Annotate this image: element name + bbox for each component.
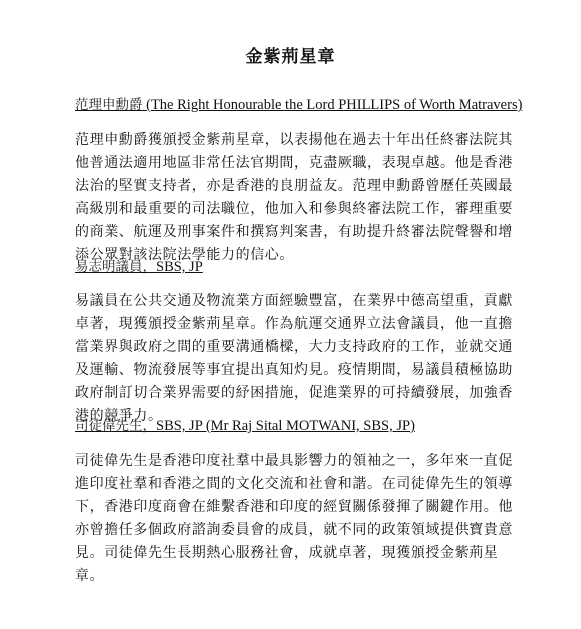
awardee-name-zh: 范理申勳爵: [75, 97, 143, 113]
paragraph-line: 亦曾擔任多個政府諮詢委員會的成員，就不同的政策領域提供寶貴意: [75, 519, 515, 542]
paragraph-line: 范理申勳爵獲頒授金紫荊星章，以表揚他在過去十年出任終審法院其: [75, 129, 515, 152]
paragraph-line: 及運輸、物流發展等事宜提出真知灼見。疫情期間，易議員積極協助: [75, 359, 515, 382]
citation-paragraph-yick: 易議員在公共交通及物流業方面經驗豐富，在業界中德高望重，貢獻 卓著，現獲頒授金紫…: [75, 290, 515, 428]
paragraph-line: 見。司徒偉先生長期熱心服務社會，成就卓著，現獲頒授金紫荊星: [75, 542, 515, 565]
paragraph-line: 高級別和最重要的司法職位，他加入和參與終審法院工作，審理重要: [75, 198, 515, 221]
paragraph-line: 下，香港印度商會在維繫香港和印度的經貿關係發揮了關鍵作用。他: [75, 496, 515, 519]
paragraph-line: 政府制訂切合業界需要的紓困措施，促進業界的可持續發展，加強香: [75, 382, 515, 405]
paragraph-line: 他普通法適用地區非常任法官期間，克盡厥職，表現卓越。他是香港: [75, 152, 515, 175]
awardee-name-zh: 易志明議員，: [75, 259, 156, 275]
awardee-name-en: SBS, JP: [156, 259, 203, 275]
paragraph-line: 的商業、航運及刑事案件和撰寫判案書，有助提升終審法院聲譽和增: [75, 221, 515, 244]
paragraph-line: 卓著，現獲頒授金紫荊星章。作為航運交通界立法會議員，他一直擔: [75, 313, 515, 336]
paragraph-line: 法治的堅實支持者，亦是香港的良朋益友。范理申勳爵曾歷任英國最: [75, 175, 515, 198]
awardee-heading-motwani: 司徒偉先生，SBS, JP (Mr Raj Sital MOTWANI, SBS…: [75, 416, 515, 436]
awardee-name: 易志明議員，SBS, JP: [75, 257, 515, 277]
paragraph-line: 易議員在公共交通及物流業方面經驗豐富，在業界中德高望重，貢獻: [75, 290, 515, 313]
awardee-name: 范理申勳爵 (The Right Honourable the Lord PHI…: [75, 95, 515, 115]
paragraph-line: 章。: [75, 565, 515, 588]
awardee-name-zh: 司徒偉先生，: [75, 418, 156, 434]
awardee-heading-yick: 易志明議員，SBS, JP: [75, 257, 515, 277]
awardee-name: 司徒偉先生，SBS, JP (Mr Raj Sital MOTWANI, SBS…: [75, 416, 515, 436]
document-title: 金紫荊星章: [0, 42, 581, 67]
citation-paragraph-phillips: 范理申勳爵獲頒授金紫荊星章，以表揚他在過去十年出任終審法院其 他普通法適用地區非…: [75, 129, 515, 267]
paragraph-line: 司徒偉先生是香港印度社羣中最具影響力的領袖之一，多年來一直促: [75, 450, 515, 473]
paragraph-line: 當業界與政府之間的重要溝通橋樑，大力支持政府的工作，並就交通: [75, 336, 515, 359]
paragraph-line: 進印度社羣和香港之間的文化交流和社會和諧。在司徒偉先生的領導: [75, 473, 515, 496]
citation-paragraph-motwani: 司徒偉先生是香港印度社羣中最具影響力的領袖之一，多年來一直促 進印度社羣和香港之…: [75, 450, 515, 588]
awardee-name-en: SBS, JP (Mr Raj Sital MOTWANI, SBS, JP): [156, 418, 415, 434]
awardee-heading-phillips: 范理申勳爵 (The Right Honourable the Lord PHI…: [75, 95, 515, 115]
awardee-name-en: (The Right Honourable the Lord PHILLIPS …: [143, 97, 523, 113]
